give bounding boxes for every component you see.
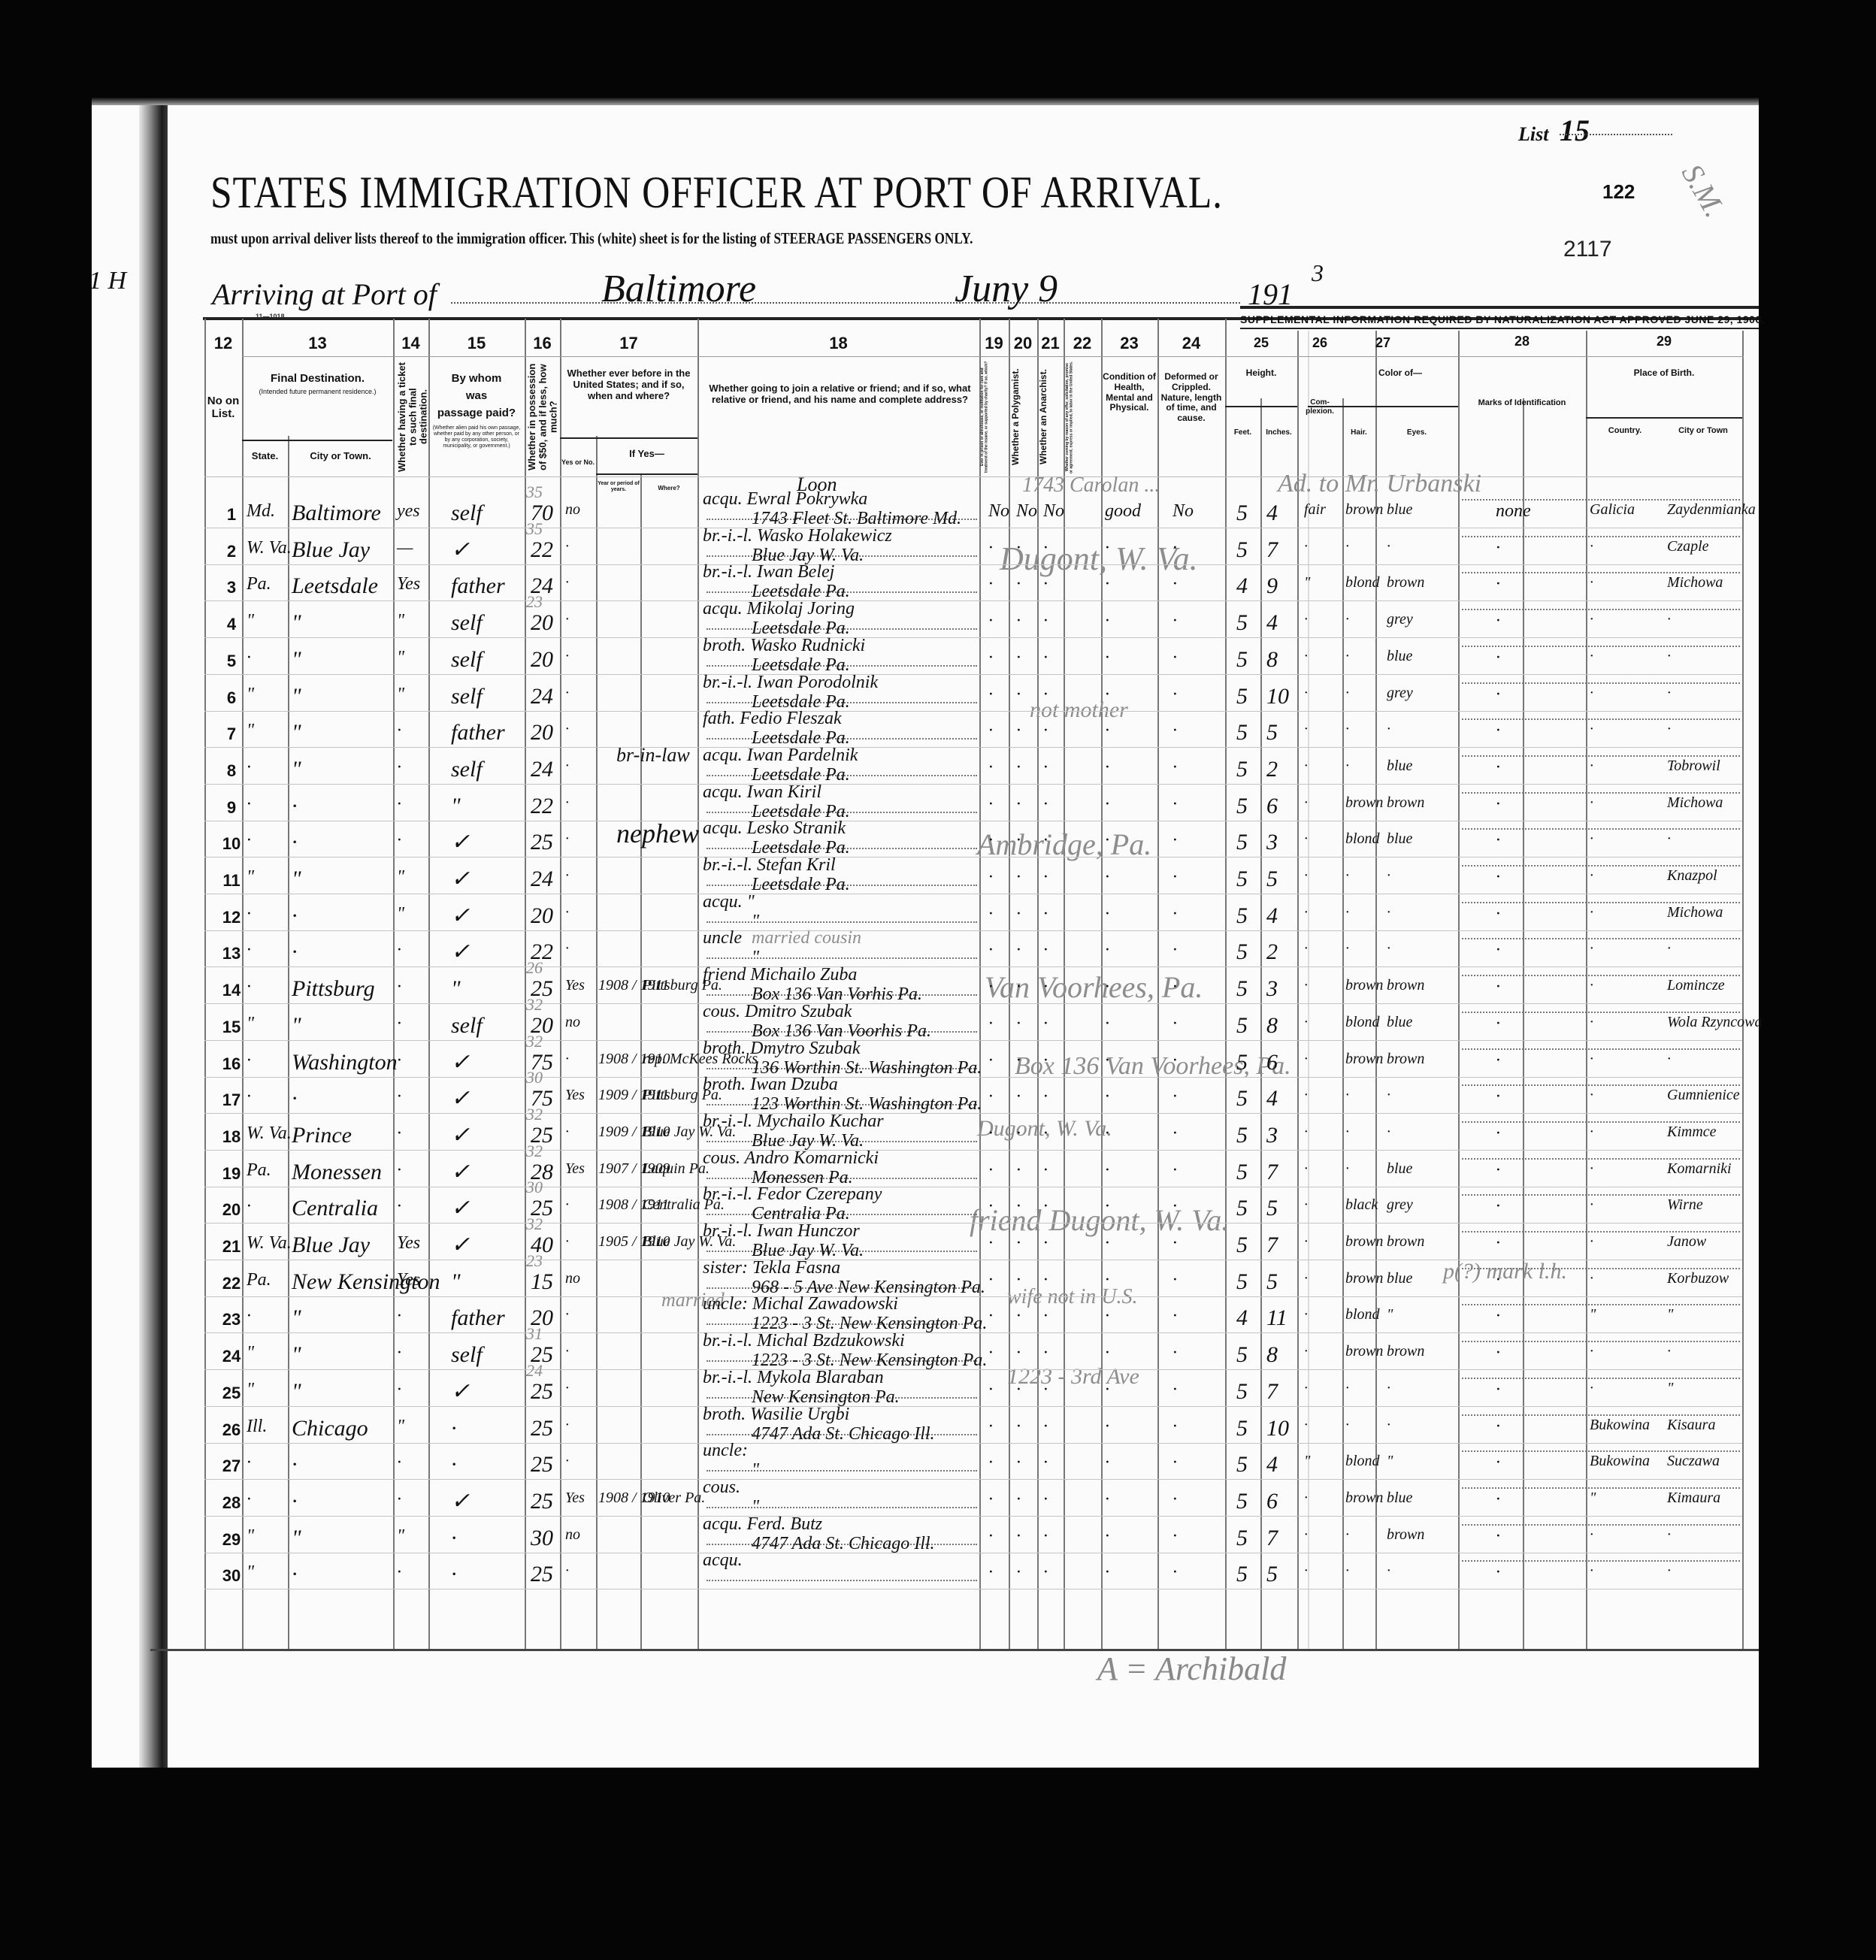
complexion: · [1304, 1124, 1308, 1139]
passage-paid-by: · [451, 1563, 457, 1586]
col-25-feet: Feet. [1225, 428, 1260, 437]
list-number-line [1560, 134, 1672, 135]
height-inches: 7 [1266, 539, 1278, 561]
dest-state: " [247, 1344, 254, 1362]
passage-paid-by: " [451, 978, 461, 1000]
col-line [560, 319, 561, 1649]
row-number: 28 [218, 1493, 245, 1513]
ticket: yes [397, 502, 420, 520]
deformed: · [1172, 1234, 1177, 1252]
col-line [979, 319, 981, 1649]
money-pencil-note: 32 [526, 1214, 543, 1234]
col-21-number: 21 [1037, 334, 1064, 353]
dest-city: Washington [292, 1051, 398, 1074]
identification-marks: · [1496, 1490, 1500, 1508]
marks-dotline [1462, 975, 1740, 976]
money-pencil-note: 31 [526, 1324, 543, 1344]
birth-country: · [1590, 831, 1593, 846]
hair-color: · [1345, 539, 1349, 554]
birth-country: · [1590, 758, 1593, 773]
col-16-label: Whether in possession of $50, and if les… [527, 361, 558, 473]
eye-color: blue [1387, 649, 1412, 664]
col-22-label: Whether coming by reason of any offer, s… [1066, 361, 1099, 473]
c20-value: · [1016, 1417, 1021, 1435]
marks-dotline [1462, 1158, 1740, 1160]
ticket: · [397, 1344, 401, 1362]
height-inches: 4 [1266, 1087, 1278, 1110]
identification-marks: · [1496, 1161, 1500, 1179]
eye-color: blue [1387, 1015, 1412, 1030]
row-number: 9 [218, 798, 245, 818]
deformed: · [1172, 795, 1177, 813]
c21-value: · [1043, 1490, 1048, 1508]
c20-value: · [1016, 1197, 1021, 1215]
prev-in-us: · [565, 1051, 569, 1066]
money-pencil-note: 26 [526, 958, 543, 978]
marks-dotline [1462, 1450, 1740, 1452]
c21-value: · [1043, 1271, 1048, 1289]
c19-value: · [988, 1234, 993, 1252]
marks-dotline [1462, 718, 1740, 720]
identification-marks: · [1496, 1197, 1500, 1215]
identification-marks: · [1496, 905, 1500, 923]
ticket: · [397, 1124, 401, 1142]
supplemental-top-rule [1240, 306, 1759, 309]
arrival-date: Juny 9 [955, 267, 1058, 311]
col-14-number: 14 [393, 334, 428, 353]
complexion: · [1304, 1344, 1308, 1359]
birth-town: · [1667, 1527, 1671, 1542]
relative-name: cous. Andro Komarnicki [703, 1149, 879, 1167]
dest-state: " [247, 685, 254, 703]
row-number: 25 [218, 1384, 245, 1403]
complexion: · [1304, 649, 1308, 664]
relative-name: br.-i.-l. Iwan Belej [703, 563, 834, 581]
c20-value: · [1016, 978, 1021, 996]
dest-state: · [247, 758, 251, 776]
birth-country: · [1590, 1527, 1593, 1542]
col-18-label: Whether going to join a relative or frie… [707, 383, 973, 406]
hair-color: · [1345, 1527, 1349, 1542]
complexion: · [1304, 1527, 1308, 1542]
ticket: · [397, 1161, 401, 1179]
deformed: · [1172, 1197, 1177, 1215]
col-29-label: Place of Birth. [1586, 368, 1742, 379]
health: · [1105, 1381, 1109, 1399]
identification-marks: · [1496, 978, 1500, 996]
hair-color: blond [1345, 1307, 1380, 1322]
c21-value: · [1043, 1234, 1048, 1252]
relative-address: Leetsdale Pa. [752, 619, 850, 637]
height-inches: 10 [1266, 1417, 1289, 1440]
marks-dotline [1462, 1194, 1740, 1196]
c19-value: · [988, 831, 993, 849]
dest-city: Monessen [292, 1161, 382, 1184]
c21-value: · [1043, 1087, 1048, 1106]
passage-paid-by: father [451, 575, 505, 597]
row-rule [204, 784, 1742, 785]
hair-color: blond [1345, 831, 1380, 846]
eye-color: · [1387, 868, 1390, 883]
height-feet: 5 [1236, 1197, 1248, 1220]
c20-value: · [1016, 612, 1021, 630]
row-number: 3 [218, 578, 245, 597]
health: good [1105, 502, 1141, 520]
dest-city: · [292, 1453, 298, 1476]
money-pencil-note: 24 [526, 1361, 543, 1381]
birth-country: · [1590, 1015, 1593, 1030]
relative-address: Blue Jay W. Va. [752, 1242, 864, 1260]
col-25-number: 25 [1225, 335, 1297, 351]
col-22-number: 22 [1064, 334, 1101, 353]
passage-paid-by: · [451, 1417, 457, 1440]
height-inches: 8 [1266, 649, 1278, 671]
c19-value: · [988, 795, 993, 813]
complexion: · [1304, 1197, 1308, 1212]
height-feet: 5 [1236, 905, 1248, 927]
c20-value: · [1016, 1087, 1021, 1106]
complexion: · [1304, 539, 1308, 554]
identification-marks: · [1496, 758, 1500, 776]
birth-town: Zaydenmianka [1667, 502, 1756, 517]
prev-in-us: no [565, 1271, 580, 1286]
dest-city: Chicago [292, 1417, 368, 1440]
identification-marks: · [1496, 1344, 1500, 1362]
birth-country: · [1590, 1161, 1593, 1176]
relative-name: broth. Dmytro Szubak [703, 1039, 861, 1057]
relative-name: uncle: [703, 1441, 748, 1459]
row-rule [204, 930, 1742, 931]
birth-country: · [1590, 1344, 1593, 1359]
health: · [1105, 721, 1109, 740]
passage-paid-by: ✓ [451, 868, 470, 891]
identification-marks: · [1496, 721, 1500, 740]
hair-color: · [1345, 905, 1349, 920]
c21-value: · [1043, 539, 1048, 557]
height-inches: 9 [1266, 575, 1278, 597]
health: · [1105, 1234, 1109, 1252]
prev-in-us: · [565, 905, 569, 920]
relative-address: " [752, 1498, 759, 1516]
deformed: · [1172, 721, 1177, 740]
money-amount: 25 [531, 1453, 553, 1476]
birth-town: Czaple [1667, 539, 1709, 554]
ticket: " [397, 1527, 404, 1545]
passage-paid-by: self [451, 685, 483, 708]
deformed: · [1172, 1051, 1177, 1069]
eye-color: · [1387, 1417, 1390, 1432]
health: · [1105, 539, 1109, 557]
height-feet: 5 [1236, 1087, 1248, 1110]
ticket: · [397, 831, 401, 849]
row-rule [204, 1223, 1742, 1223]
height-feet: 5 [1236, 1381, 1248, 1403]
col-13-label: Final Destination. [242, 372, 393, 385]
passage-paid-by: " [451, 1271, 461, 1293]
complexion: · [1304, 1271, 1308, 1286]
height-inches: 7 [1266, 1161, 1278, 1184]
col-17-where: Where? [640, 485, 697, 492]
annotation-pencil: 1223 - 3rd Ave [1007, 1364, 1139, 1390]
money-amount: 22 [531, 539, 553, 561]
complexion: · [1304, 795, 1308, 810]
complexion: · [1304, 612, 1308, 627]
ticket: " [397, 612, 404, 630]
height-feet: 5 [1236, 1453, 1248, 1476]
row-number: 30 [218, 1566, 245, 1586]
c21-value: · [1043, 978, 1048, 996]
birth-country: · [1590, 795, 1593, 810]
c20-value: · [1016, 1381, 1021, 1399]
deformed: · [1172, 685, 1177, 703]
prev-in-us: · [565, 1197, 569, 1212]
marks-dotline [1462, 865, 1740, 867]
row-number: 2 [218, 542, 245, 561]
row-rule [204, 1589, 1742, 1589]
eye-color: brown [1387, 575, 1424, 590]
page-title: STATES IMMIGRATION OFFICER AT PORT OF AR… [210, 167, 1223, 219]
list-number: 15 [1560, 113, 1590, 147]
passage-paid-by: ✓ [451, 1197, 470, 1220]
col-line [525, 319, 526, 1649]
dest-state: " [247, 1381, 254, 1399]
relative-name: uncle [703, 929, 742, 947]
row-rule [204, 1040, 1742, 1041]
dest-state: " [247, 868, 254, 886]
port-line [451, 302, 1240, 304]
deformed: · [1172, 1563, 1177, 1581]
deformed: · [1172, 941, 1177, 959]
prev-in-us: · [565, 1124, 569, 1139]
birth-town: Kisaura [1667, 1417, 1715, 1432]
health: · [1105, 795, 1109, 813]
prev-in-us: · [565, 685, 569, 700]
c19-value: · [988, 1417, 993, 1435]
col-12-label: No on List. [204, 395, 242, 421]
marks-dotline [1462, 1084, 1740, 1086]
col-23-label: Condition of Health, Mental and Physical… [1101, 372, 1157, 413]
money-amount: 24 [531, 685, 553, 708]
c19-value: · [988, 1453, 993, 1472]
deformed: · [1172, 1527, 1177, 1545]
height-feet: 5 [1236, 831, 1248, 854]
col-line [1742, 331, 1744, 1649]
relative-name: fath. Fedio Fleszak [703, 709, 842, 727]
money-amount: 22 [531, 795, 553, 818]
row-number: 6 [218, 688, 245, 708]
birth-town: · [1667, 1563, 1671, 1578]
identification-marks: · [1496, 1087, 1500, 1106]
dest-city: Blue Jay [292, 539, 370, 561]
money-amount: 25 [531, 1490, 553, 1513]
c19-value: · [988, 1490, 993, 1508]
money-amount: 20 [531, 649, 553, 671]
birth-country: · [1590, 1234, 1593, 1249]
dest-city: Leetsdale [292, 575, 378, 597]
complexion: · [1304, 1490, 1308, 1505]
prev-in-us: · [565, 758, 569, 773]
height-feet: 5 [1236, 1271, 1248, 1293]
c21-value: · [1043, 1015, 1048, 1033]
row-number: 10 [218, 834, 245, 854]
row-rule [204, 1516, 1742, 1517]
health: · [1105, 1087, 1109, 1106]
hair-color: · [1345, 649, 1349, 664]
hair-color: brown [1345, 978, 1383, 993]
ticket: · [397, 1453, 401, 1472]
eye-color: grey [1387, 1197, 1413, 1212]
dest-city: " [292, 612, 301, 634]
height-inches: 4 [1266, 612, 1278, 634]
marks-dotline [1462, 499, 1740, 501]
marks-dotline [1462, 1304, 1740, 1305]
relative-name: acqu. Ewral Pokrywka [703, 490, 867, 508]
birth-town: · [1667, 649, 1671, 664]
prev-in-us: · [565, 612, 569, 627]
dest-city: Blue Jay [292, 1234, 370, 1257]
marks-dotline [1462, 1231, 1740, 1233]
health: · [1105, 612, 1109, 630]
c21-value: · [1043, 1197, 1048, 1215]
height-feet: 5 [1236, 1161, 1248, 1184]
prev-in-us: · [565, 1417, 569, 1432]
annotation-ink: nephew [616, 818, 699, 849]
eye-color: · [1387, 941, 1390, 956]
birth-country: · [1590, 721, 1593, 737]
relative-dotline [707, 1507, 977, 1508]
health: · [1105, 1051, 1109, 1069]
birth-town: · [1667, 1051, 1671, 1066]
marks-dotline [1462, 1524, 1740, 1526]
passage-paid-by: ✓ [451, 941, 470, 963]
relative-dotline [707, 957, 977, 959]
table-bottom-rule [150, 1649, 1759, 1651]
row-number: 4 [218, 615, 245, 634]
c20-value: · [1016, 1344, 1021, 1362]
money-pencil-note: 23 [526, 592, 543, 612]
dest-state: · [247, 978, 251, 996]
col-15-label-c: passage paid? [428, 407, 525, 419]
height-inches: 7 [1266, 1381, 1278, 1403]
prev-in-us: · [565, 575, 569, 590]
deformed: · [1172, 612, 1177, 630]
ticket: · [397, 758, 401, 776]
complexion: · [1304, 978, 1308, 993]
dest-state: " [247, 612, 254, 630]
row-number: 21 [218, 1237, 245, 1257]
row-number: 11 [218, 871, 245, 891]
birth-town: Gumnienice [1667, 1087, 1740, 1102]
birth-country: · [1590, 612, 1593, 627]
ticket: Yes [397, 1234, 420, 1252]
birth-country: · [1590, 1124, 1593, 1139]
c17-sub-rule [560, 437, 697, 439]
birth-town: Janow [1667, 1234, 1706, 1249]
birth-town: " [1667, 1381, 1673, 1396]
eye-color: · [1387, 1087, 1390, 1102]
health: · [1105, 1453, 1109, 1472]
birth-town: Kimmce [1667, 1124, 1717, 1139]
row-rule [204, 674, 1742, 675]
birth-country: " [1590, 1307, 1596, 1322]
annotation-pencil: wife not in U.S. [1007, 1285, 1137, 1309]
birth-country: · [1590, 1087, 1593, 1102]
relative-name: broth. Iwan Dzuba [703, 1075, 838, 1093]
list-label: List 15 [1518, 113, 1590, 148]
dest-state: · [247, 795, 251, 813]
birth-country: Galicia [1590, 502, 1635, 517]
height-feet: 5 [1236, 612, 1248, 634]
eye-color: · [1387, 1124, 1390, 1139]
health: · [1105, 1271, 1109, 1289]
dest-city: · [292, 831, 298, 854]
dest-state: · [247, 905, 251, 923]
col-20-number: 20 [1009, 334, 1037, 353]
deformed: · [1172, 905, 1177, 923]
health: · [1105, 649, 1109, 667]
relative-name: br.-i.-l. Mychailo Kuchar [703, 1112, 884, 1130]
money-pencil-note: 32 [526, 995, 543, 1015]
health: · [1105, 1563, 1109, 1581]
dest-city: Prince [292, 1124, 352, 1147]
identification-marks: · [1496, 1124, 1500, 1142]
money-amount: 20 [531, 905, 553, 927]
c19-value: · [988, 1563, 993, 1581]
eye-color: grey [1387, 685, 1413, 700]
row-number: 13 [218, 944, 245, 963]
prev-in-us: Yes [565, 1490, 585, 1505]
row-rule [204, 1150, 1742, 1151]
c17-ifyes-rule [596, 473, 697, 475]
complexion: · [1304, 941, 1308, 956]
height-feet: 5 [1236, 868, 1248, 891]
eye-color: brown [1387, 1234, 1424, 1249]
eye-color: blue [1387, 758, 1412, 773]
prev-in-us: · [565, 649, 569, 664]
c25-sub-rule [1225, 406, 1297, 407]
passage-paid-by: self [451, 649, 483, 671]
c20-value: · [1016, 831, 1021, 849]
col-27-eyes: Eyes. [1375, 428, 1458, 437]
height-inches: 8 [1266, 1344, 1278, 1366]
hair-color: · [1345, 868, 1349, 883]
c19-value: · [988, 1087, 993, 1106]
height-feet: 5 [1236, 1563, 1248, 1586]
height-inches: 7 [1266, 1527, 1278, 1550]
eye-color: · [1387, 1381, 1390, 1396]
identification-marks: · [1496, 1234, 1500, 1252]
eye-color: brown [1387, 978, 1424, 993]
marks-dotline [1462, 609, 1740, 610]
margin-note: 1 H [89, 267, 126, 295]
c21-value: · [1043, 868, 1048, 886]
c20-value: · [1016, 721, 1021, 740]
row-rule [204, 821, 1742, 821]
relative-name: acqu. Iwan Kiril [703, 783, 822, 801]
prev-in-us: · [565, 795, 569, 810]
money-amount: 25 [531, 831, 553, 854]
relative-name: uncle: Michal Zawadowski [703, 1295, 898, 1313]
height-feet: 5 [1236, 721, 1248, 744]
health: · [1105, 1344, 1109, 1362]
height-feet: 4 [1236, 1307, 1248, 1329]
money-amount: 25 [531, 1563, 553, 1586]
relative-address: " [752, 1461, 759, 1479]
c20-value: · [1016, 575, 1021, 593]
stamp-number: 122 [1602, 180, 1635, 204]
deformed: · [1172, 1307, 1177, 1325]
marks-dotline [1462, 1012, 1740, 1013]
